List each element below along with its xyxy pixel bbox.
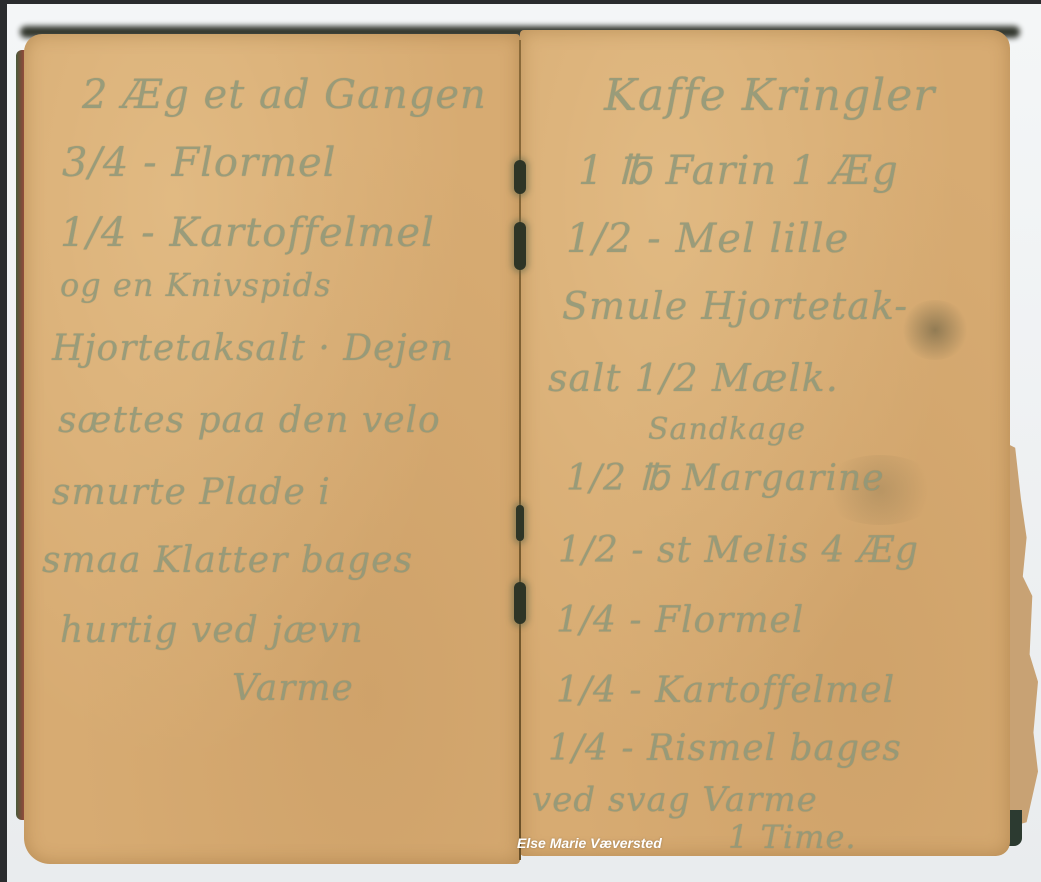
watermark-credit: Else Marie Væversted <box>517 835 662 851</box>
right-line-7: 1/2 - st Melis 4 Æg <box>558 530 919 571</box>
right-line-2: 1/2 - Mel lille <box>566 216 849 262</box>
right-line-12: 1 Time. <box>728 818 857 856</box>
left-line-7: smurte Plade i <box>52 472 331 513</box>
left-line-9: hurtig ved jævn <box>60 610 364 651</box>
left-line-4: og en Knivspids <box>60 266 332 304</box>
right-line-8: 1/4 - Flormel <box>556 600 804 641</box>
ink-stain <box>900 300 970 360</box>
left-line-5: Hjortetaksalt · Dejen <box>52 328 454 369</box>
recipe-title-sandkage: Sandkage <box>648 412 806 447</box>
left-line-3: 1/4 - Kartoffelmel <box>60 210 435 256</box>
left-line-8: smaa Klatter bages <box>42 540 413 581</box>
right-line-11: ved svag Varme <box>532 780 818 820</box>
right-line-9: 1/4 - Kartoffelmel <box>556 670 895 711</box>
scan-border-left <box>0 0 7 882</box>
right-line-6: 1/2 ℔ Margarine <box>566 458 885 499</box>
rusted-staple-top <box>514 160 526 194</box>
left-line-6: sættes paa den velo <box>58 400 441 441</box>
rusted-staple-upper <box>514 222 526 270</box>
right-line-1: 1 ℔ Farin 1 Æg <box>578 148 899 194</box>
right-line-4: salt 1/2 Mælk. <box>548 356 839 400</box>
left-line-10: Varme <box>232 668 354 709</box>
right-line-10: 1/4 - Rismel bages <box>548 728 902 769</box>
left-line-2: 3/4 - Flormel <box>62 140 336 186</box>
rusted-staple-lower <box>516 505 524 541</box>
recipe-title-kaffe-kringler: Kaffe Kringler <box>604 70 935 121</box>
right-line-3: Smule Hjortetak- <box>562 284 908 328</box>
left-line-1: 2 Æg et ad Gangen <box>82 72 487 118</box>
rusted-staple-bottom <box>514 582 526 624</box>
